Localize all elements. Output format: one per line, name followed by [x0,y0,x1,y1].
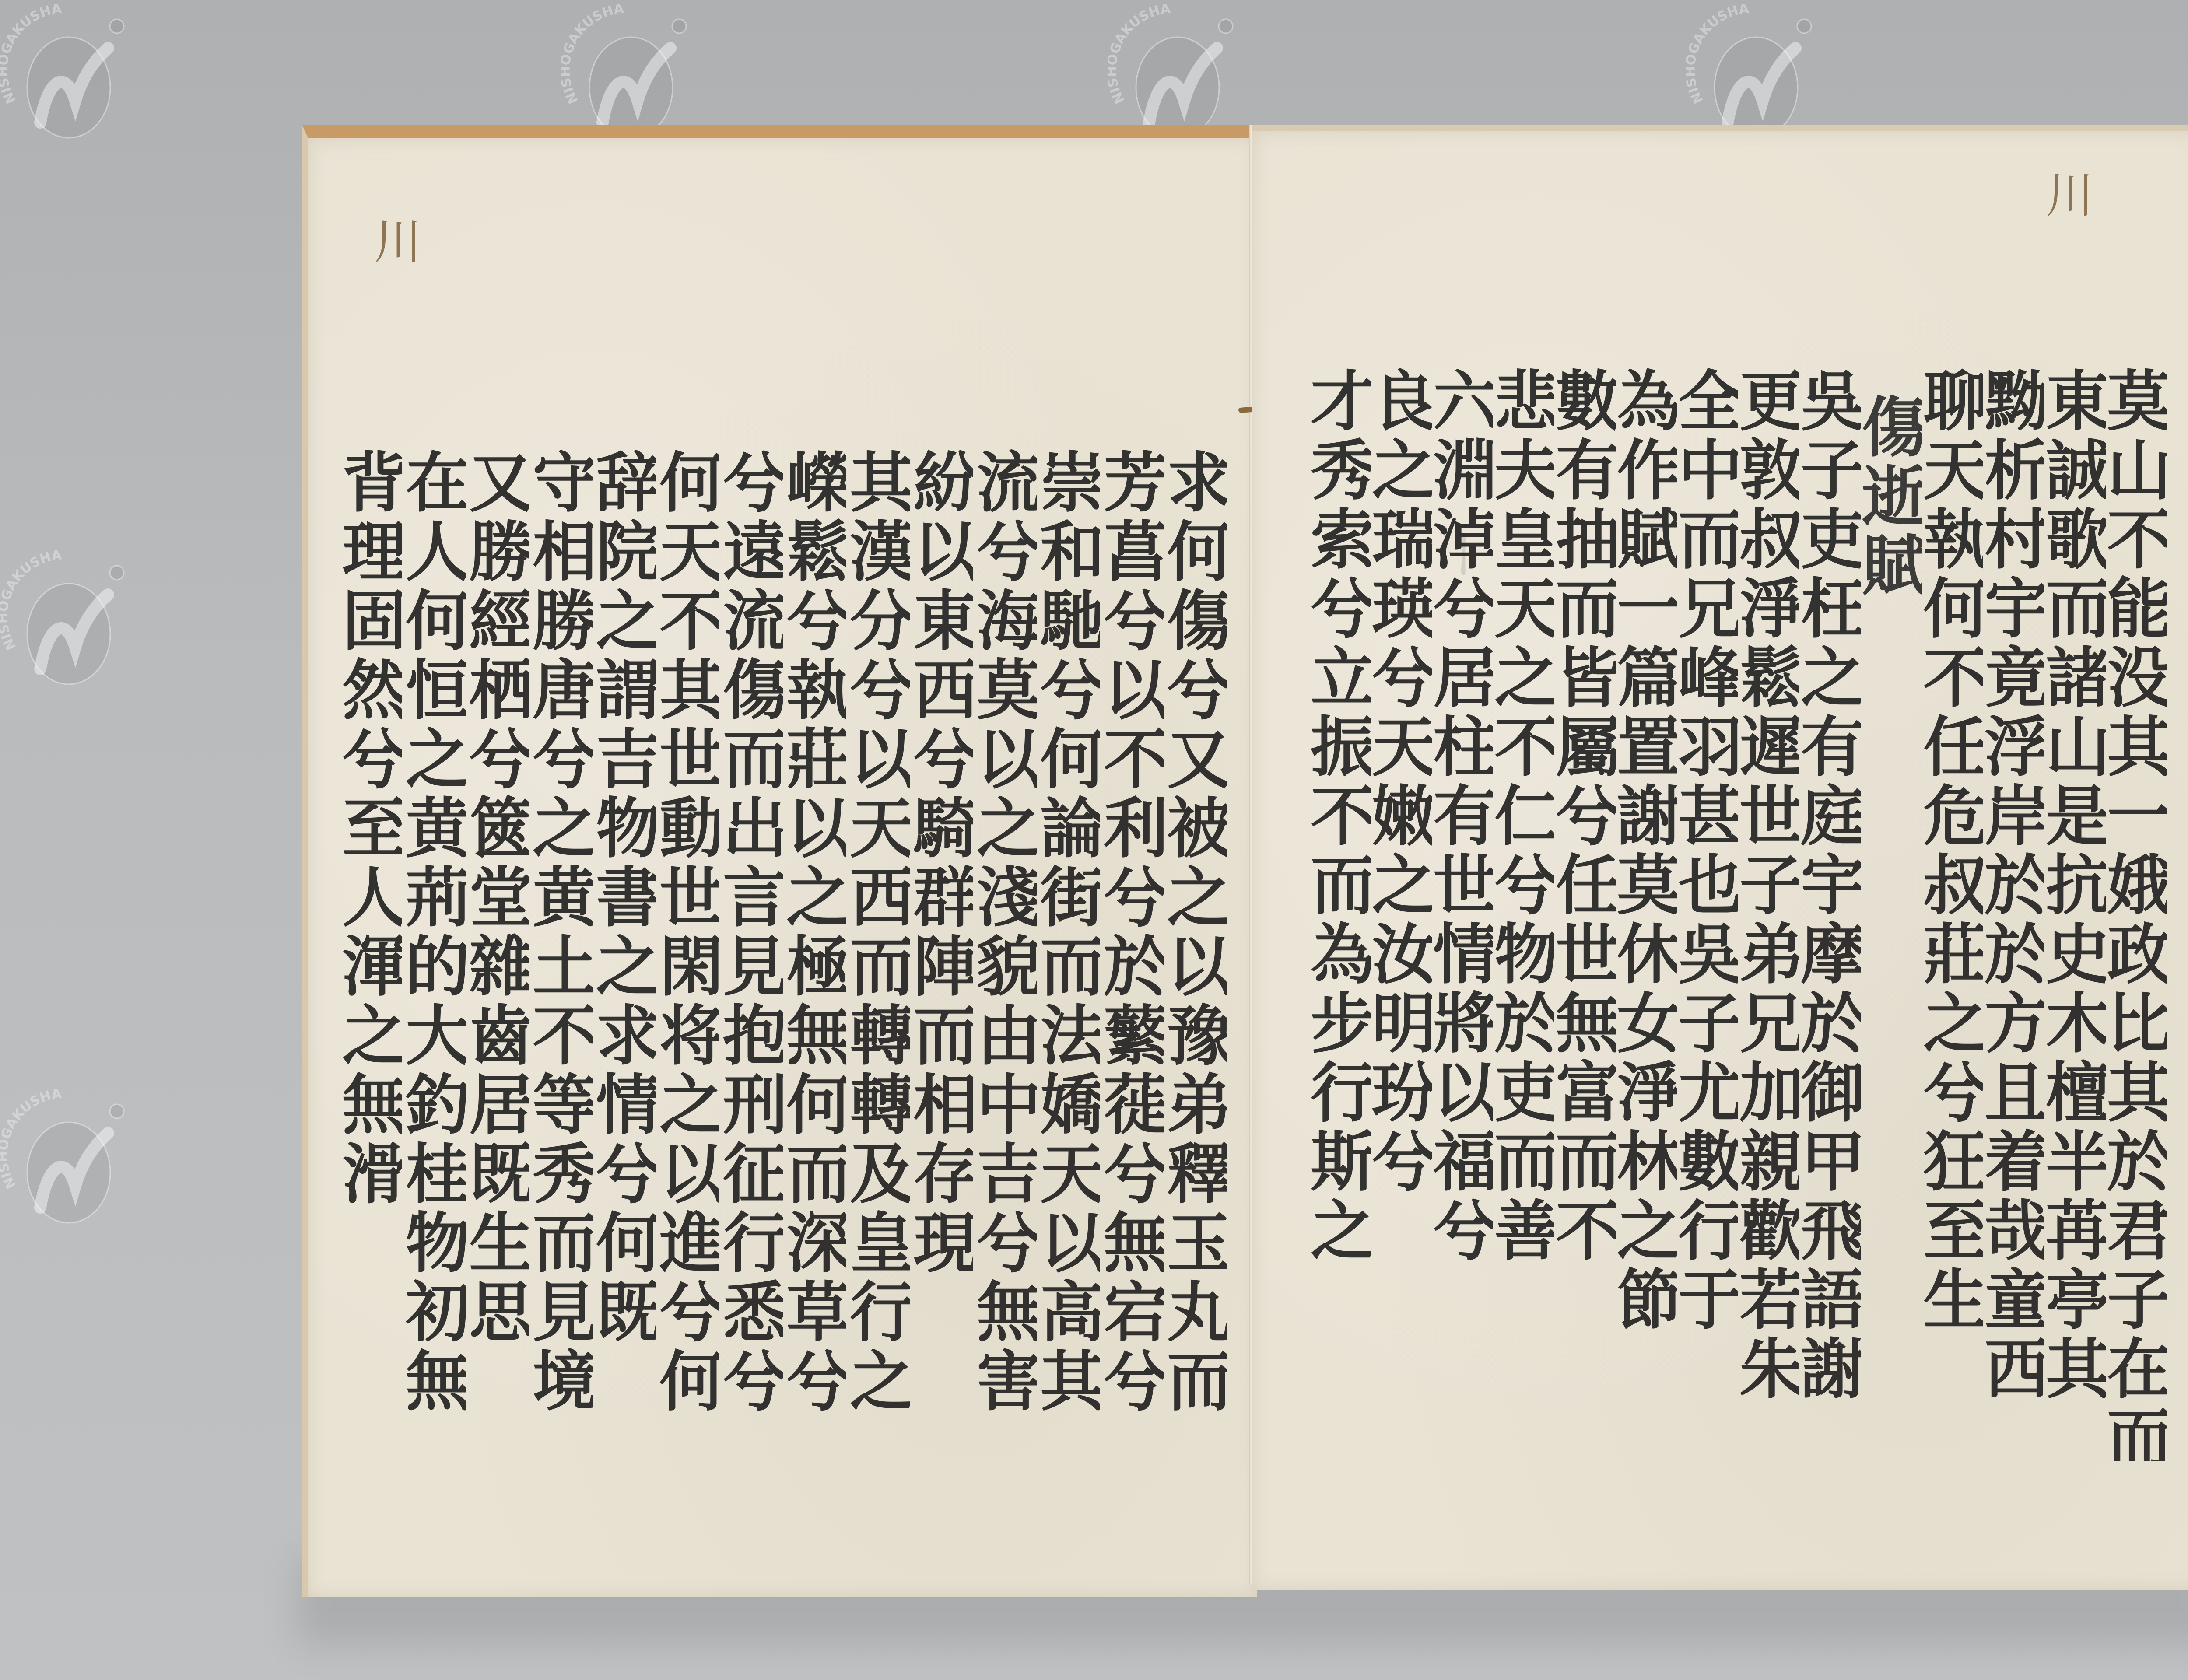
text-column: 芳菖兮以不利兮於蘩蓰兮無宕兮 [1100,448,1164,1411]
text-column: 傷逝賦 [1861,367,1922,1461]
text-column: 背理固然兮至人渾之無滑 [339,448,402,1411]
text-column: 數有抽而皆屬兮任世無富而不 [1554,367,1616,1461]
text-column: 聊天執何不任危叔莊之兮狂至生 [1922,367,1983,1461]
right-page: 川 ー 莫山不能没其一娥政比其於君子在而其東誠歌而諸山是抗史木檀半苒亭其黝析村宇… [1252,125,2188,1590]
text-column: 為作賦一篇置謝莫休女淨林之節 [1616,367,1677,1461]
page-mark: 川 [374,203,422,273]
text-column: 全中而兄峰羽甚也吳子尤數行于 [1677,367,1738,1461]
text-column: 流兮海莫以之淺貌由中吉兮無害 [973,448,1037,1411]
left-page: 川 求何傷兮又被之以豫弟釋玉丸而一施芳菖兮以不利兮於蘩蓰兮無宕兮崇和馳兮何論街而… [302,125,1257,1597]
text-column: 東誠歌而諸山是抗史木檀半苒亭其 [2044,367,2106,1461]
text-column: 求何傷兮又被之以豫弟釋玉丸而一施 [1164,448,1227,1411]
text-column: 辞院之謂吉物書之求情兮何既 [593,448,656,1411]
text-column: 黝析村宇竟浮岸於於方且着哉童西 [1983,367,2044,1461]
text-column: 良之瑞瑛兮天嫩之汝明玢兮 [1371,367,1432,1461]
text-column: 才秀索兮立振不而為步行斯之 [1309,367,1371,1461]
right-page-text: 莫山不能没其一娥政比其於君子在而其東誠歌而諸山是抗史木檀半苒亭其黝析村宇竟浮岸於… [1309,367,2167,1461]
text-column: 莫山不能没其一娥政比其於君子在而其 [2106,367,2167,1461]
text-column: 嶸鬆兮執莊以之極無何而深草兮 [783,448,846,1411]
text-column: 何天不其世動世閑将之以進兮何 [656,448,719,1411]
text-column: 悲夫皇天之不仁兮物於吏而善 [1493,367,1554,1461]
page-mark: 川 [2046,157,2094,226]
text-column: 紛以東西兮騎群陣而相存現 [910,448,973,1411]
text-column: 吳子吏枉之有庭宇摩於御甲飛語謝 [1799,367,1861,1461]
text-column: 守相勝唐兮之黄土不等秀而見境 [529,448,593,1411]
text-column: 又勝經栖兮篋堂雜齒居既生思 [466,448,529,1411]
text-column: 崇和馳兮何論街而法嬌天以高其無所 [1037,448,1100,1411]
text-column: 六淵淖兮居柱有世情將以福兮 [1432,367,1493,1461]
text-column: 兮遠流傷而出言見抱刑征行悉兮 [719,448,783,1411]
left-page-text: 求何傷兮又被之以豫弟釋玉丸而一施芳菖兮以不利兮於蘩蓰兮無宕兮崇和馳兮何論街而法嬌… [339,448,1227,1411]
text-column: 更敦叔淨鬆遲世子弟兄加親歡若朱 [1738,367,1799,1461]
open-book: 川 求何傷兮又被之以豫弟釋玉丸而一施芳菖兮以不利兮於蘩蓰兮無宕兮崇和馳兮何論街而… [302,125,2188,1584]
text-column: 在人何恒之黄荊的大釣桂物初無 [402,448,466,1411]
text-column: 其漢分兮以天西而轉轉及皇行之法 [846,448,910,1411]
